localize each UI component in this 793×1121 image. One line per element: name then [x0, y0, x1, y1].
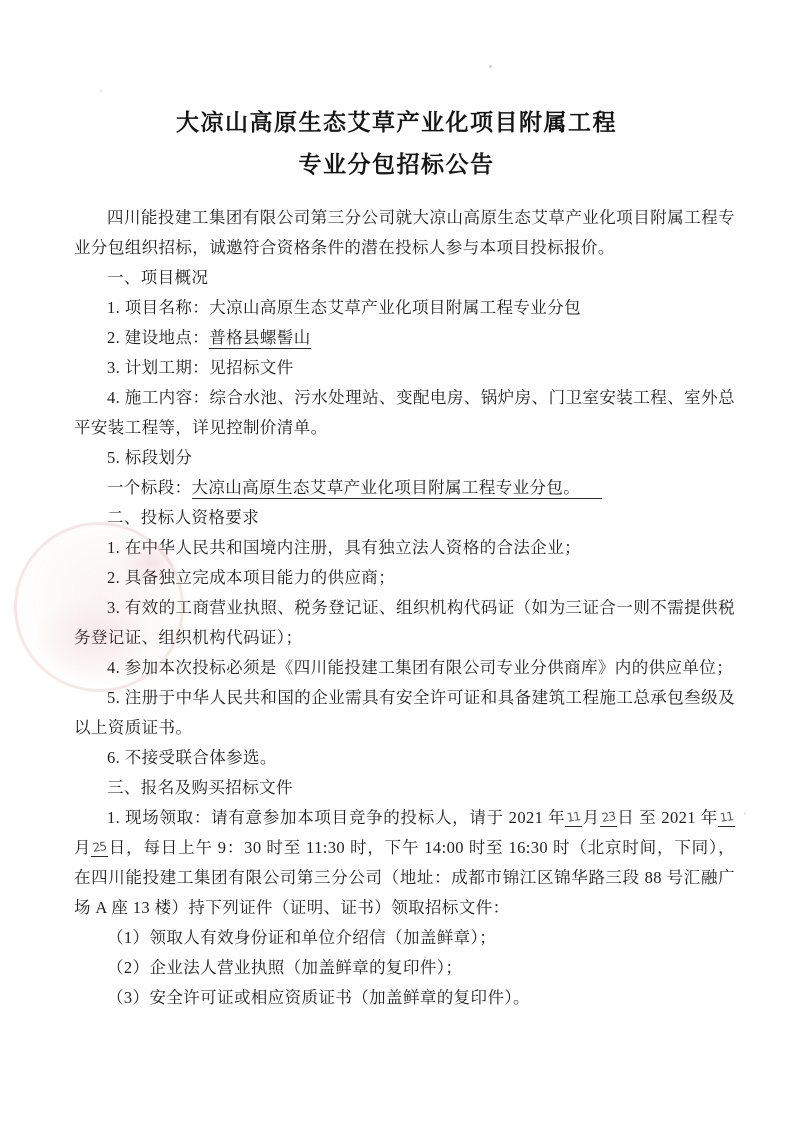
- pickup-text-b: 月: [582, 808, 600, 827]
- intro-paragraph: 四川能投建工集团有限公司第三分公司就大凉山高原生态艾草产业化项目附属工程专业分包…: [74, 203, 735, 263]
- scan-speck: [744, 812, 746, 815]
- section2-item-4: 4. 参加本次投标必须是《四川能投建工集团有限公司专业分供商库》内的供应单位；: [74, 653, 735, 683]
- handwritten-day-2: 25: [91, 841, 108, 857]
- scan-speck: [100, 90, 102, 92]
- pickup-text-e: 日，每日上午 9：30 时至 11:30 时，下午 14:00 时至 16:30…: [74, 838, 735, 917]
- document-page: 大凉山高原生态艾草产业化项目附属工程 专业分包招标公告 四川能投建工集团有限公司…: [0, 0, 793, 1121]
- section1-item-lot-detail: 一个标段：大凉山高原生态艾草产业化项目附属工程专业分包。: [74, 473, 735, 503]
- lot-value-underlined: 大凉山高原生态艾草产业化项目附属工程专业分包。: [192, 478, 603, 499]
- section1-item-lots: 5. 标段划分: [74, 443, 735, 473]
- location-value-underlined: 普格县螺髻山: [209, 328, 310, 349]
- handwritten-month-2: 11: [718, 811, 735, 827]
- section3-credential-1: （1）领取人有效身份证和单位介绍信（加盖鲜章）；: [74, 923, 735, 953]
- red-seal-smudge: [34, 596, 154, 682]
- document-title: 大凉山高原生态艾草产业化项目附属工程 专业分包招标公告: [0, 0, 793, 186]
- section1-item-scope: 4. 施工内容：综合水池、污水处理站、变配电房、锅炉房、门卫室安装工程、室外总平…: [74, 383, 735, 443]
- section2-item-6: 6. 不接受联合体参选。: [74, 743, 735, 773]
- pickup-text-c: 日 至 2021 年: [617, 808, 718, 827]
- section1-item-location: 2. 建设地点：普格县螺髻山: [74, 323, 735, 353]
- section2-item-5: 5. 注册于中华人民共和国的企业需具有安全许可证和具备建筑工程施工总承包叁级及以…: [74, 683, 735, 743]
- pickup-text-d: 月: [74, 838, 91, 857]
- section3-heading: 三、报名及购买招标文件: [74, 773, 735, 803]
- lot-label: 一个标段：: [107, 478, 192, 497]
- title-line-1: 大凉山高原生态艾草产业化项目附属工程: [0, 102, 793, 144]
- scan-speck: [489, 65, 492, 68]
- section1-heading: 一、项目概况: [74, 263, 735, 293]
- handwritten-day-1: 23: [600, 811, 617, 827]
- red-seal-smudge-2: [120, 540, 180, 586]
- title-line-2: 专业分包招标公告: [0, 144, 793, 186]
- location-label: 2. 建设地点：: [107, 328, 209, 347]
- pickup-text-a: 1. 现场领取：请有意参加本项目竞争的投标人，请于 2021 年: [107, 808, 565, 827]
- scan-speck: [424, 956, 427, 958]
- section2-heading: 二、投标人资格要求: [74, 503, 735, 533]
- section3-credential-3: （3）安全许可证或相应资质证书（加盖鲜章的复印件）。: [74, 983, 735, 1013]
- section3-credential-2: （2）企业法人营业执照（加盖鲜章的复印件）；: [74, 953, 735, 983]
- section3-pickup-paragraph: 1. 现场领取：请有意参加本项目竞争的投标人，请于 2021 年11月23日 至…: [74, 803, 735, 923]
- section1-item-project-name: 1. 项目名称：大凉山高原生态艾草产业化项目附属工程专业分包: [74, 293, 735, 323]
- handwritten-month-1: 11: [565, 811, 582, 827]
- section1-item-schedule: 3. 计划工期：见招标文件: [74, 353, 735, 383]
